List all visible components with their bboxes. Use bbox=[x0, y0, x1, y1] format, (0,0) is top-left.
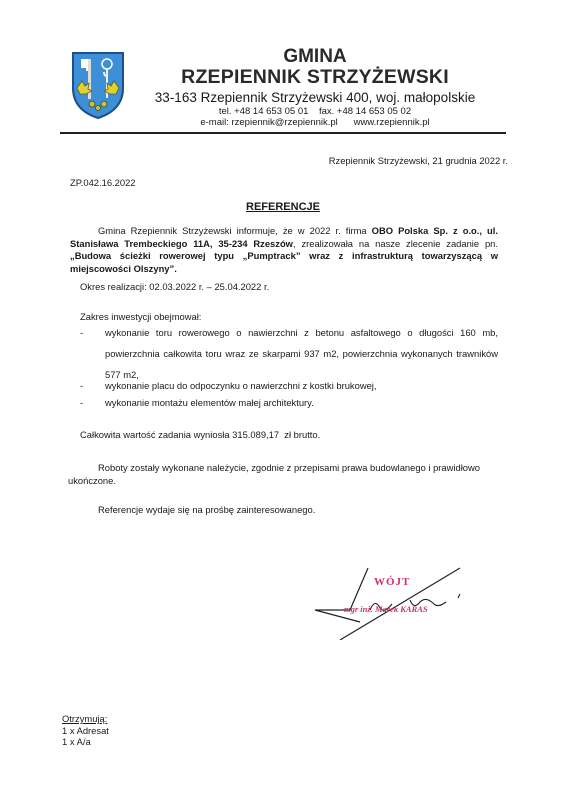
signature-block: WÓJT mgr inż. Marek KARAS bbox=[310, 560, 480, 640]
stamp-name: mgr inż. Marek KARAS bbox=[344, 604, 428, 614]
bullet: - bbox=[80, 380, 83, 393]
bullet: - bbox=[80, 322, 83, 343]
list-item-text: wykonanie placu do odpoczynku o nawierzc… bbox=[105, 380, 498, 393]
place-date: Rzepiennik Strzyżewski, 21 grudnia 2022 … bbox=[329, 155, 508, 168]
coat-of-arms-icon bbox=[70, 50, 126, 120]
works-statement: Roboty zostały wykonane należycie, zgodn… bbox=[68, 462, 498, 487]
letterhead-address: 33-163 Rzepiennik Strzyżewski 400, woj. … bbox=[140, 90, 490, 105]
total-value: Całkowita wartość zadania wyniosła 315.0… bbox=[80, 429, 320, 442]
intro-paragraph: Gmina Rzepiennik Strzyżewski informuje, … bbox=[70, 225, 498, 275]
list-item: - wykonanie toru rowerowego o nawierzchn… bbox=[80, 322, 498, 385]
letterhead-phones: tel. +48 14 653 05 01 fax. +48 14 653 05… bbox=[140, 106, 490, 117]
intro-text: Gmina Rzepiennik Strzyżewski informuje, … bbox=[98, 225, 372, 236]
letterhead-municipality-name: RZEPIENNIK STRZYŻEWSKI bbox=[140, 66, 490, 89]
list-item-text: wykonanie toru rowerowego o nawierzchni … bbox=[105, 322, 498, 385]
recipient-item: 1 x A/a bbox=[62, 736, 109, 748]
intro-text-2: , zrealizowała na nasze zlecenie zadanie… bbox=[293, 238, 498, 249]
recipients-block: Otrzymują: 1 x Adresat 1 x A/a bbox=[62, 713, 109, 748]
list-item: - wykonanie placu do odpoczynku o nawier… bbox=[80, 380, 498, 393]
letterhead-contact: e-mail: rzepiennik@rzepiennik.pl www.rze… bbox=[140, 117, 490, 128]
list-item-text: wykonanie montażu elementów małej archit… bbox=[105, 397, 498, 410]
document-title: REFERENCJE bbox=[0, 201, 566, 213]
recipient-item: 1 x Adresat bbox=[62, 725, 109, 737]
signature-icon bbox=[310, 560, 480, 640]
project-name: „Budowa ścieżki rowerowej typu „Pumptrac… bbox=[70, 250, 498, 274]
bullet: - bbox=[80, 397, 83, 410]
stamp-title: WÓJT bbox=[374, 576, 410, 588]
letterhead-municipality-label: GMINA bbox=[140, 46, 490, 68]
works-statement-text: Roboty zostały wykonane należycie, zgodn… bbox=[68, 462, 480, 486]
letterhead-divider bbox=[60, 132, 506, 134]
list-item: - wykonanie montażu elementów małej arch… bbox=[80, 397, 498, 410]
issued-note: Referencje wydaje się na prośbę zaintere… bbox=[98, 504, 315, 517]
recipients-heading: Otrzymują: bbox=[62, 713, 109, 725]
reference-number: ZP.042.16.2022 bbox=[70, 177, 136, 190]
realization-period: Okres realizacji: 02.03.2022 r. – 25.04.… bbox=[80, 281, 269, 294]
